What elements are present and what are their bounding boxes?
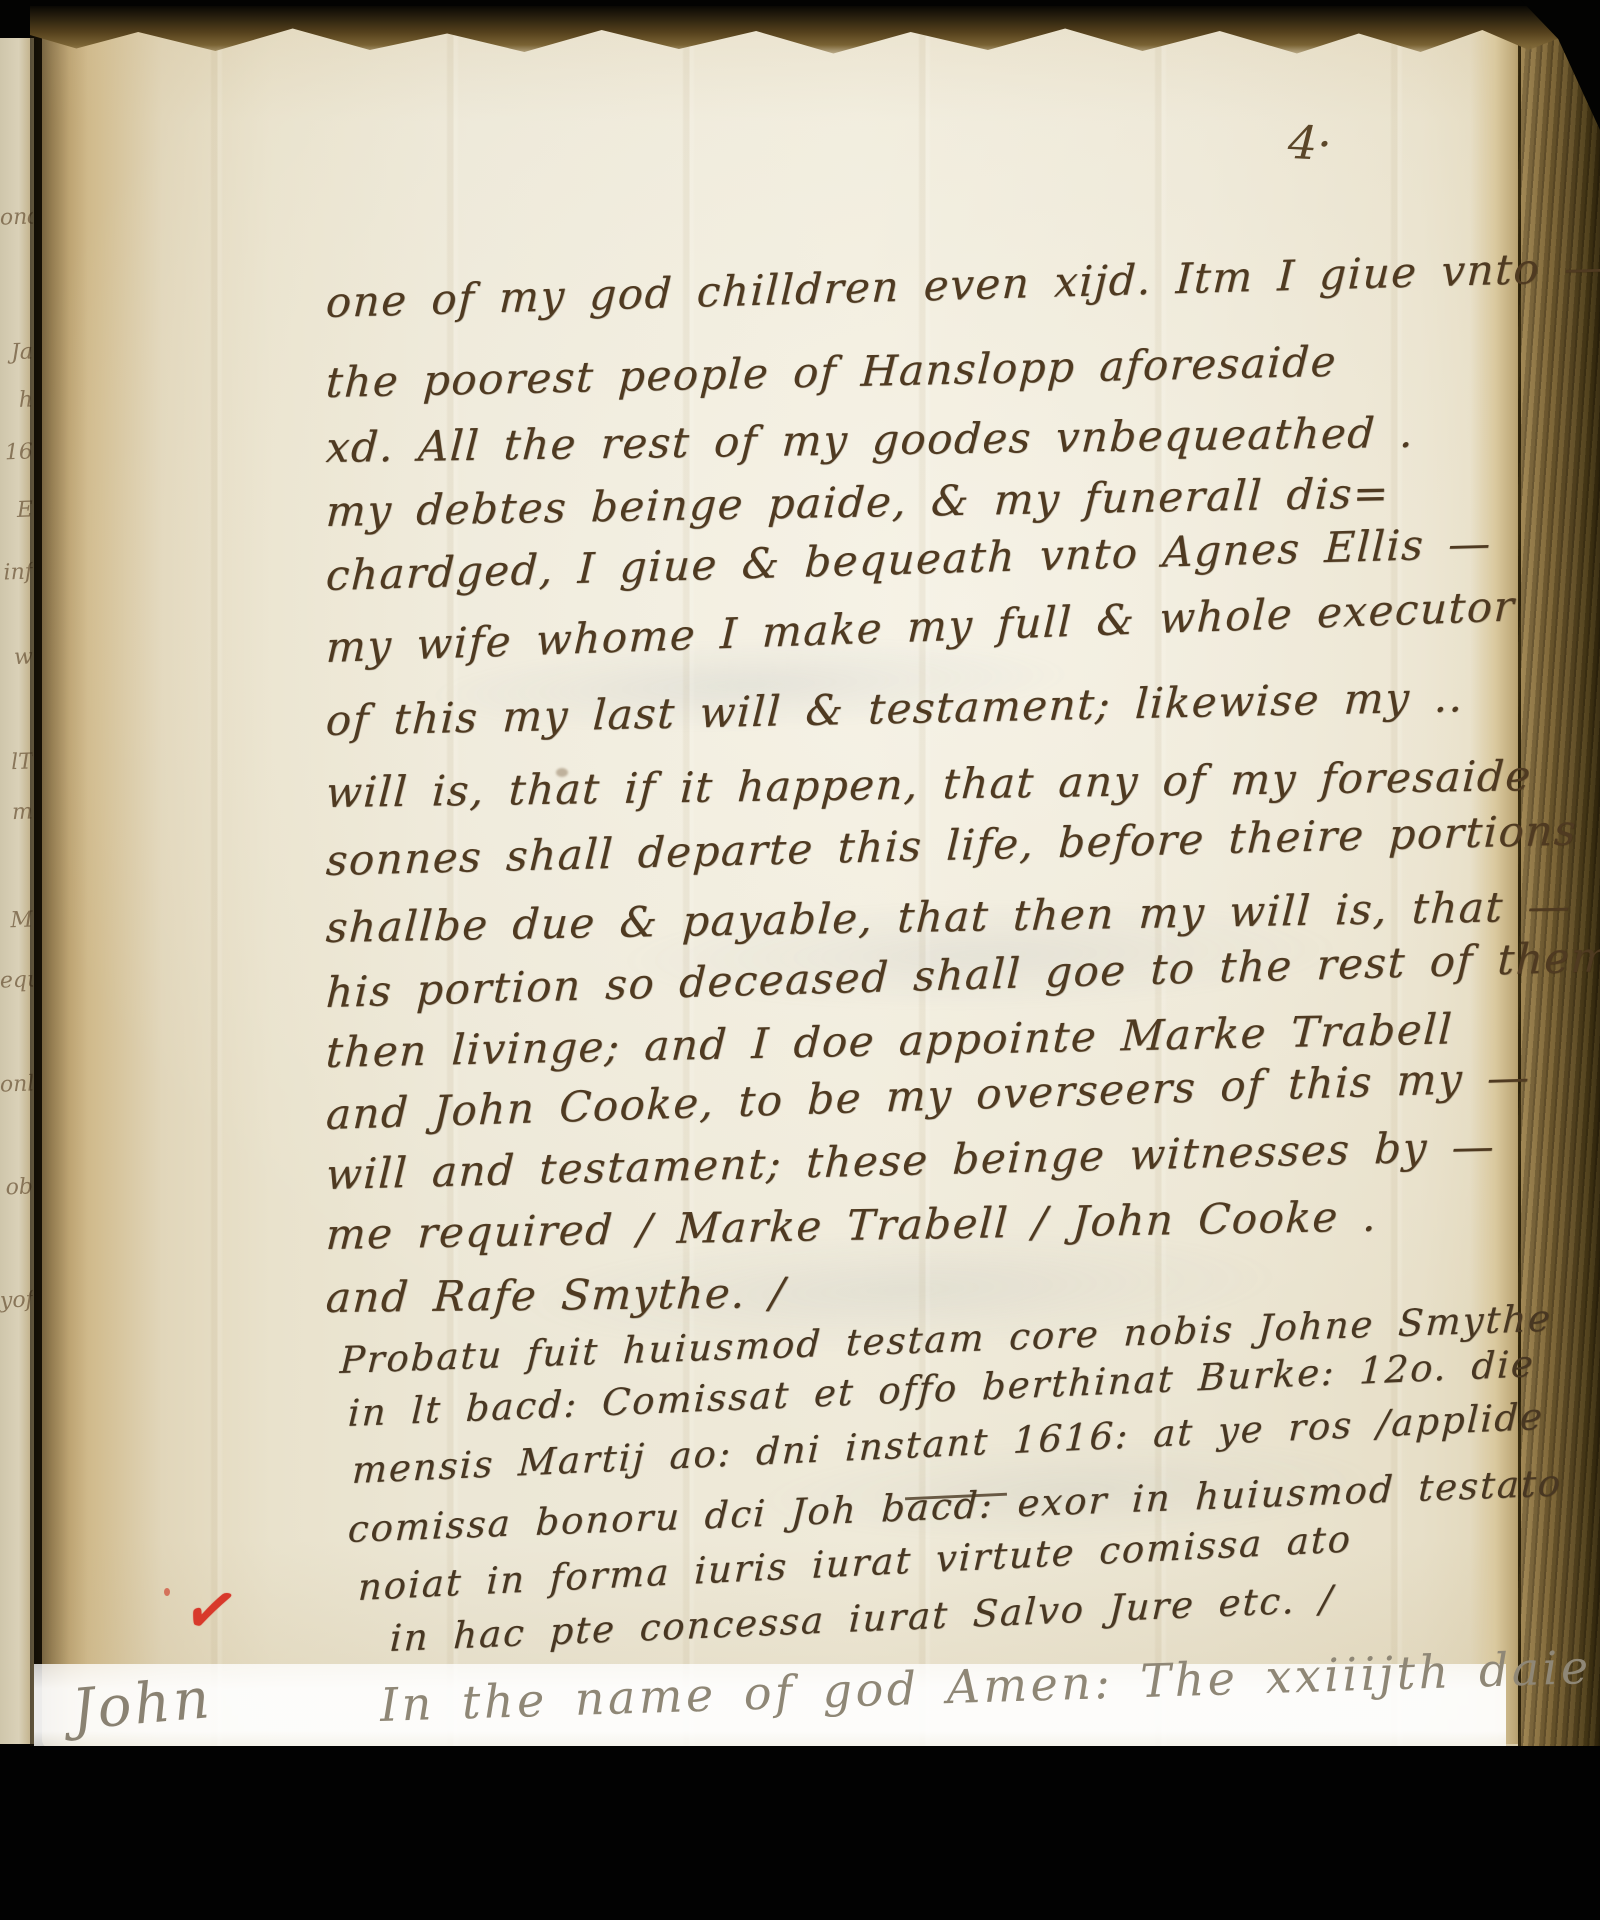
margin-note-john: John [69, 1666, 214, 1743]
bottom-black-area [0, 1746, 1600, 1920]
manuscript-line: and Rafe Smythe. / [325, 1268, 788, 1322]
text-fragment: E [0, 497, 34, 528]
text-fragment: inf [0, 559, 34, 590]
red-ink-speck [164, 1588, 170, 1596]
manuscript-photo: ondJah16EinfwlTmMequonlobyof 4· one of m… [0, 0, 1600, 1920]
text-fragment: ob [0, 1174, 34, 1205]
text-fragment: m [0, 799, 34, 830]
text-fragment: lT [0, 749, 34, 780]
book-gutter-shadow [30, 26, 88, 1746]
text-fragment: h [0, 387, 34, 418]
text-fragment: Ja [0, 339, 34, 370]
text-fragment: 16 [0, 439, 34, 470]
text-fragment: yof [0, 1287, 34, 1318]
text-fragment: ond [0, 204, 34, 235]
text-fragment: M [0, 907, 34, 938]
folio-number: 4· [1287, 115, 1334, 171]
text-fragment: w [0, 644, 34, 675]
text-fragment: equ [0, 967, 34, 998]
text-fragment: onl [0, 1071, 34, 1102]
facing-page-edge: ondJah16EinfwlTmMequonlobyof [0, 38, 34, 1744]
